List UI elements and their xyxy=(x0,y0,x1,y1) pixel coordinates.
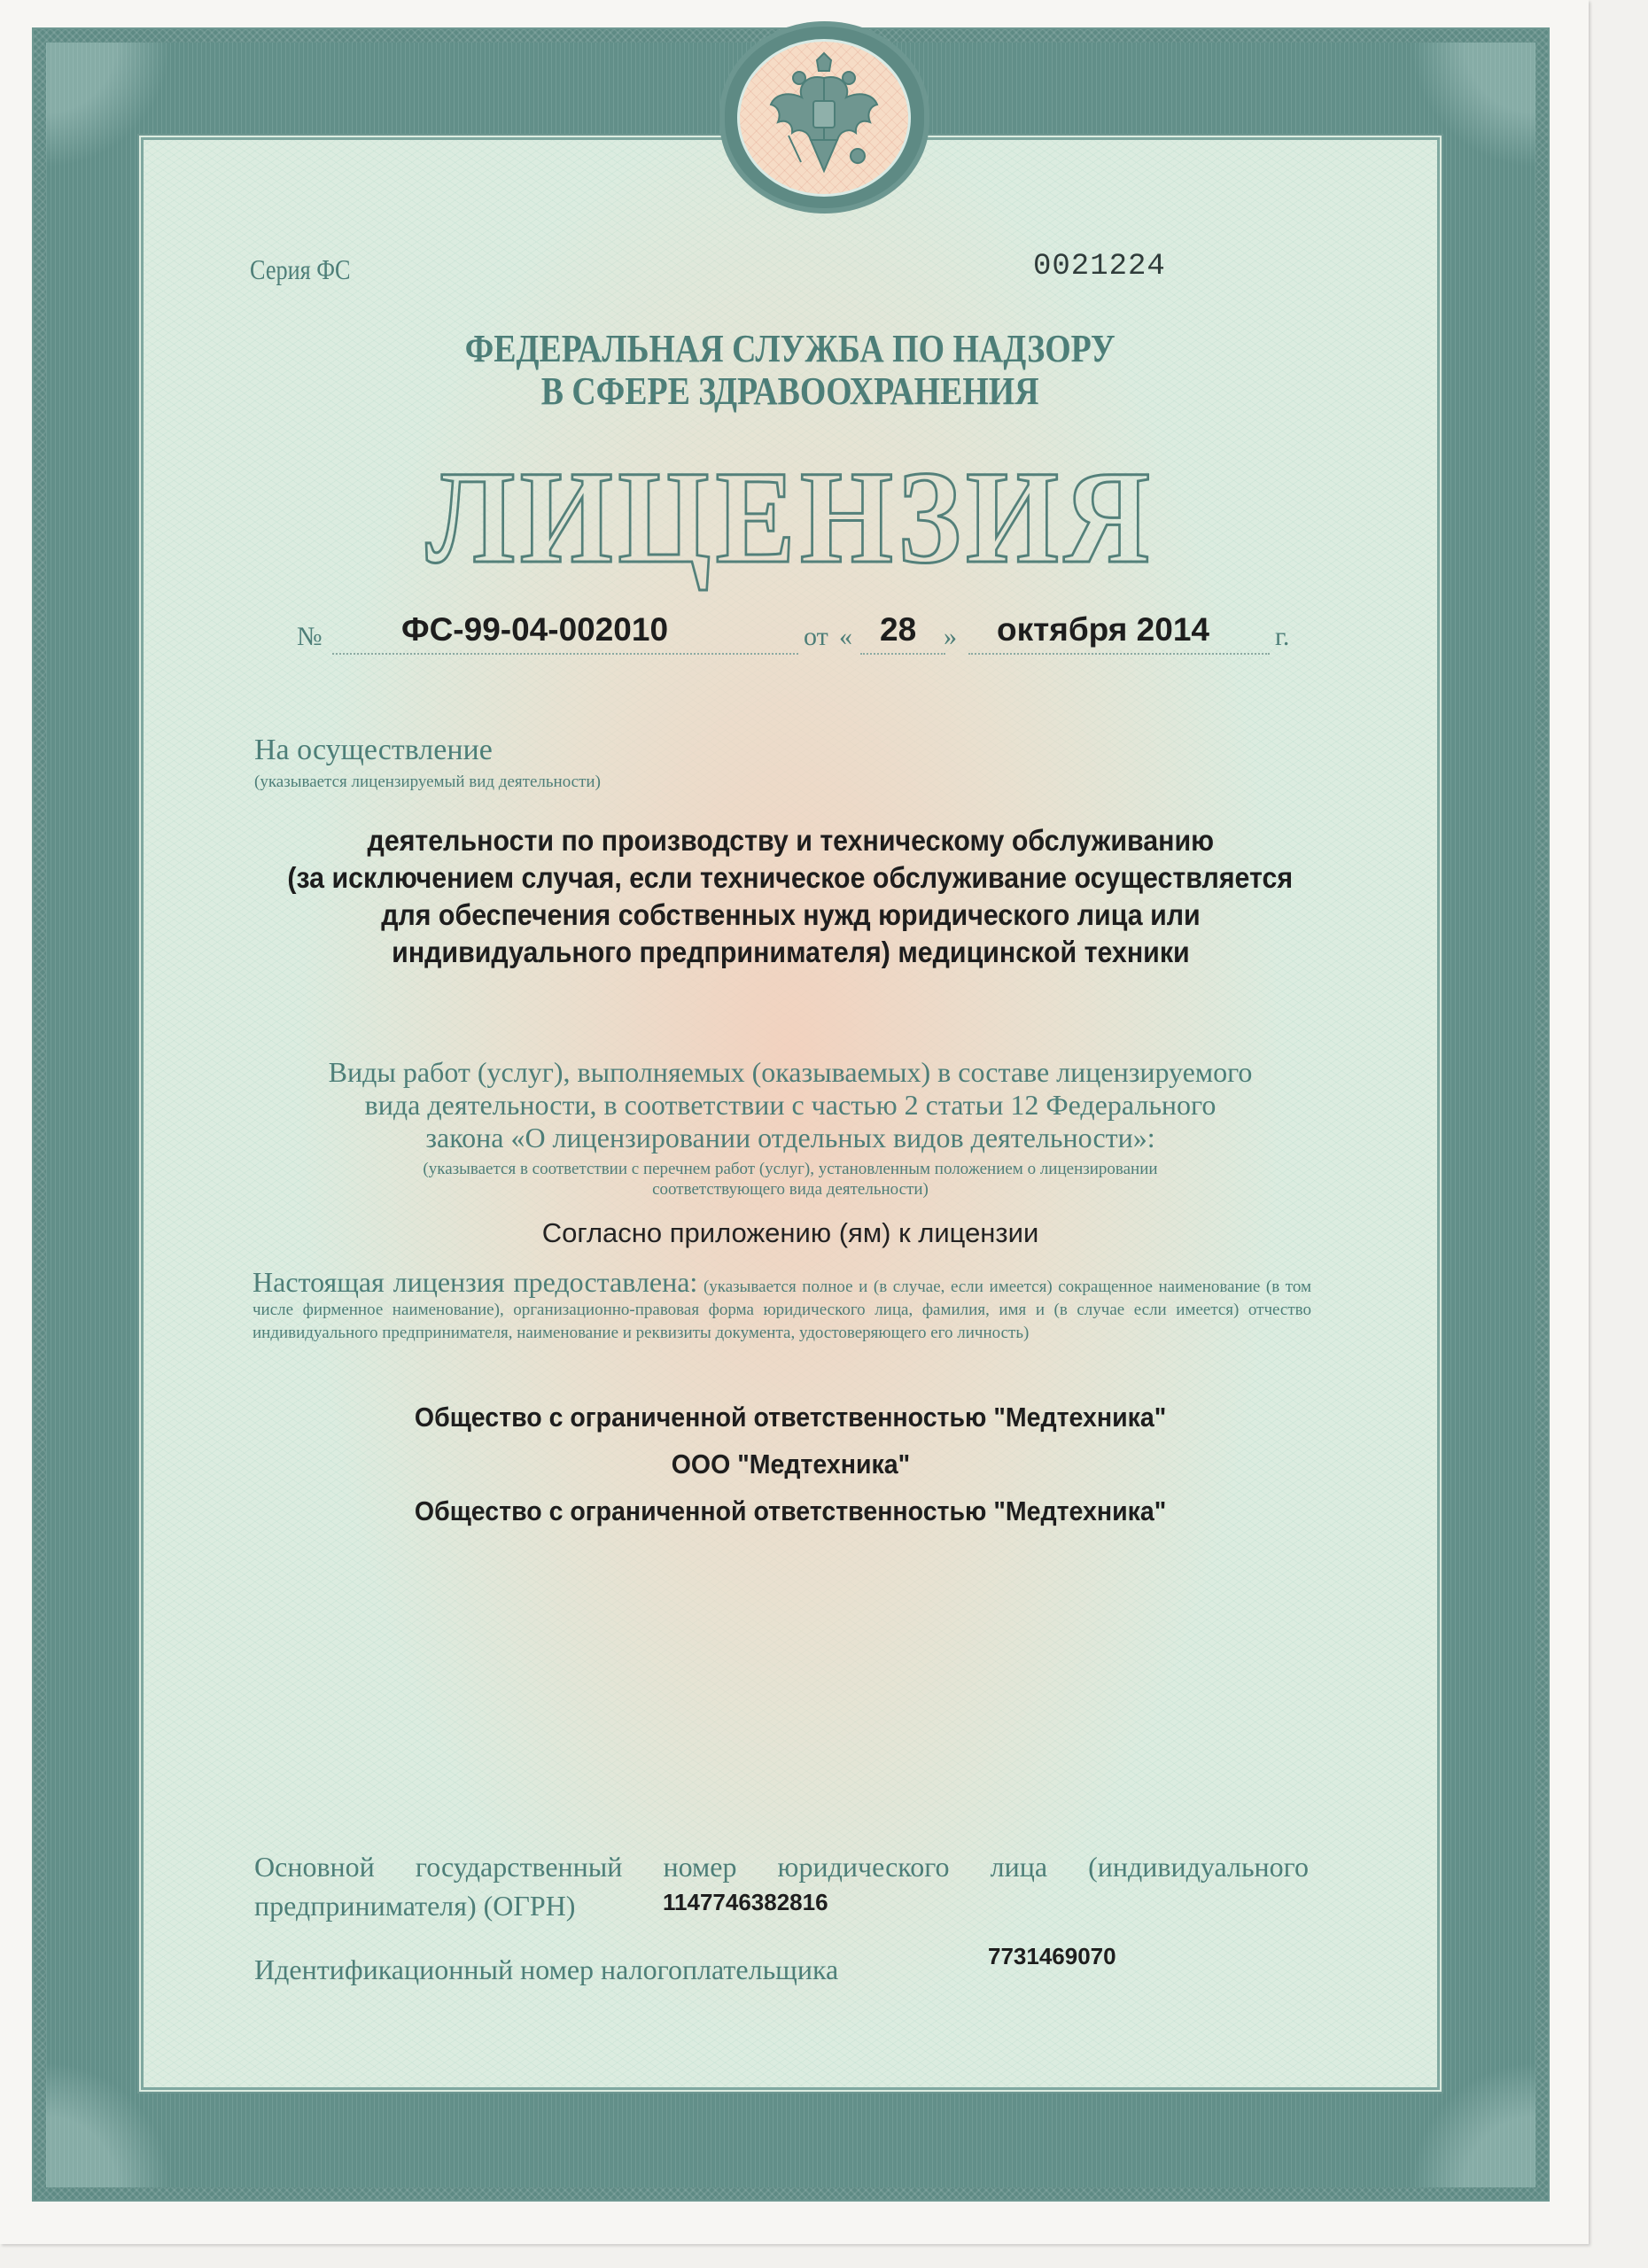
date-month-year-underline xyxy=(968,653,1270,655)
licensed-activity-line-text: для обеспечения собственных нужд юридиче… xyxy=(381,897,1200,934)
emblem-frame xyxy=(725,27,924,208)
activity-label: На осуществление xyxy=(254,734,493,767)
russian-coat-of-arms-icon xyxy=(762,51,886,184)
holder-full-name-text: Общество с ограниченной ответственностью… xyxy=(415,1402,1166,1433)
ogrn-value: 1147746382816 xyxy=(663,1889,828,1916)
works-hint-line: (указывается в соответствии с перечнем р… xyxy=(144,1159,1437,1179)
date-day-value: 28 xyxy=(880,611,916,649)
works-hint: (указывается в соответствии с перечнем р… xyxy=(144,1159,1437,1200)
works-value: Согласно приложению (ям) к лицензии xyxy=(144,1217,1437,1249)
agency-name-line-1-text: ФЕДЕРАЛЬНАЯ СЛУЖБА ПО НАДЗОРУ xyxy=(465,326,1116,371)
works-hint-line: соответствующего вида деятельности) xyxy=(144,1179,1437,1200)
license-number-value: ФС-99-04-002010 xyxy=(401,611,668,649)
license-number-row: № ФС-99-04-002010 от « 28 » октября 2014… xyxy=(297,611,1298,664)
activity-hint: (указывается лицензируемый вид деятельно… xyxy=(254,773,601,792)
date-year-suffix: г. xyxy=(1275,622,1289,652)
date-quote-open: « xyxy=(839,622,852,652)
licensed-activity-line-text: деятельности по производству и техническ… xyxy=(367,822,1214,859)
document-title: ЛИЦЕНЗИЯ xyxy=(144,441,1437,594)
date-from-label: от xyxy=(804,622,828,652)
works-description-line: вида деятельности, в соответствии с част… xyxy=(144,1089,1437,1122)
license-number-underline xyxy=(332,653,798,655)
holder-brand-name-text: Общество с ограниченной ответственностью… xyxy=(415,1495,1166,1527)
agency-name-line-2: В СФЕРЕ ЗДРАВООХРАНЕНИЯ xyxy=(144,369,1437,414)
licensed-activity-line-text: (за исключением случая, если техническое… xyxy=(288,859,1294,897)
date-month-year-value: октября 2014 xyxy=(997,611,1209,649)
document-title-text: ЛИЦЕНЗИЯ xyxy=(426,441,1155,594)
licensed-activity-line: (за исключением случая, если техническое… xyxy=(144,859,1437,897)
date-day-underline xyxy=(860,653,945,655)
emblem-medallion xyxy=(740,42,908,194)
holder-full-name: Общество с ограниченной ответственностью… xyxy=(144,1402,1437,1433)
licensed-activity-line-text: индивидуального предпринимателя) медицин… xyxy=(392,934,1190,971)
series-number: 0021224 xyxy=(1033,250,1166,283)
holder-description: Настоящая лицензия предоставлена: (указы… xyxy=(253,1270,1311,1345)
licensed-activity-line: деятельности по производству и техническ… xyxy=(144,822,1437,859)
series-label: Серия ФС xyxy=(250,253,350,286)
inn-label: Идентификационный номер налогоплательщик… xyxy=(254,1953,838,1986)
license-number-label: № xyxy=(297,622,323,652)
works-description-line: Виды работ (услуг), выполняемых (оказыва… xyxy=(144,1056,1437,1089)
licensed-activity-line: индивидуального предпринимателя) медицин… xyxy=(144,934,1437,971)
works-description-line: закона «О лицензировании отдельных видов… xyxy=(144,1122,1437,1154)
date-quote-close: » xyxy=(944,622,957,652)
agency-name-line-1: ФЕДЕРАЛЬНАЯ СЛУЖБА ПО НАДЗОРУ xyxy=(144,326,1437,371)
holder-brand-name: Общество с ограниченной ответственностью… xyxy=(144,1495,1437,1527)
inn-value: 7731469070 xyxy=(988,1943,1116,1970)
emblem-cartouche xyxy=(691,27,957,217)
agency-name-line-2-text: В СФЕРЕ ЗДРАВООХРАНЕНИЯ xyxy=(541,369,1039,414)
licensed-activity-line: для обеспечения собственных нужд юридиче… xyxy=(144,897,1437,934)
holder-short-name-text: ООО "Медтехника" xyxy=(671,1449,909,1480)
holder-label: Настоящая лицензия предоставлена: xyxy=(253,1266,697,1298)
licensed-activity: деятельности по производству и техническ… xyxy=(144,822,1437,971)
holder-short-name: ООО "Медтехника" xyxy=(144,1449,1437,1480)
works-description: Виды работ (услуг), выполняемых (оказыва… xyxy=(144,1056,1437,1154)
